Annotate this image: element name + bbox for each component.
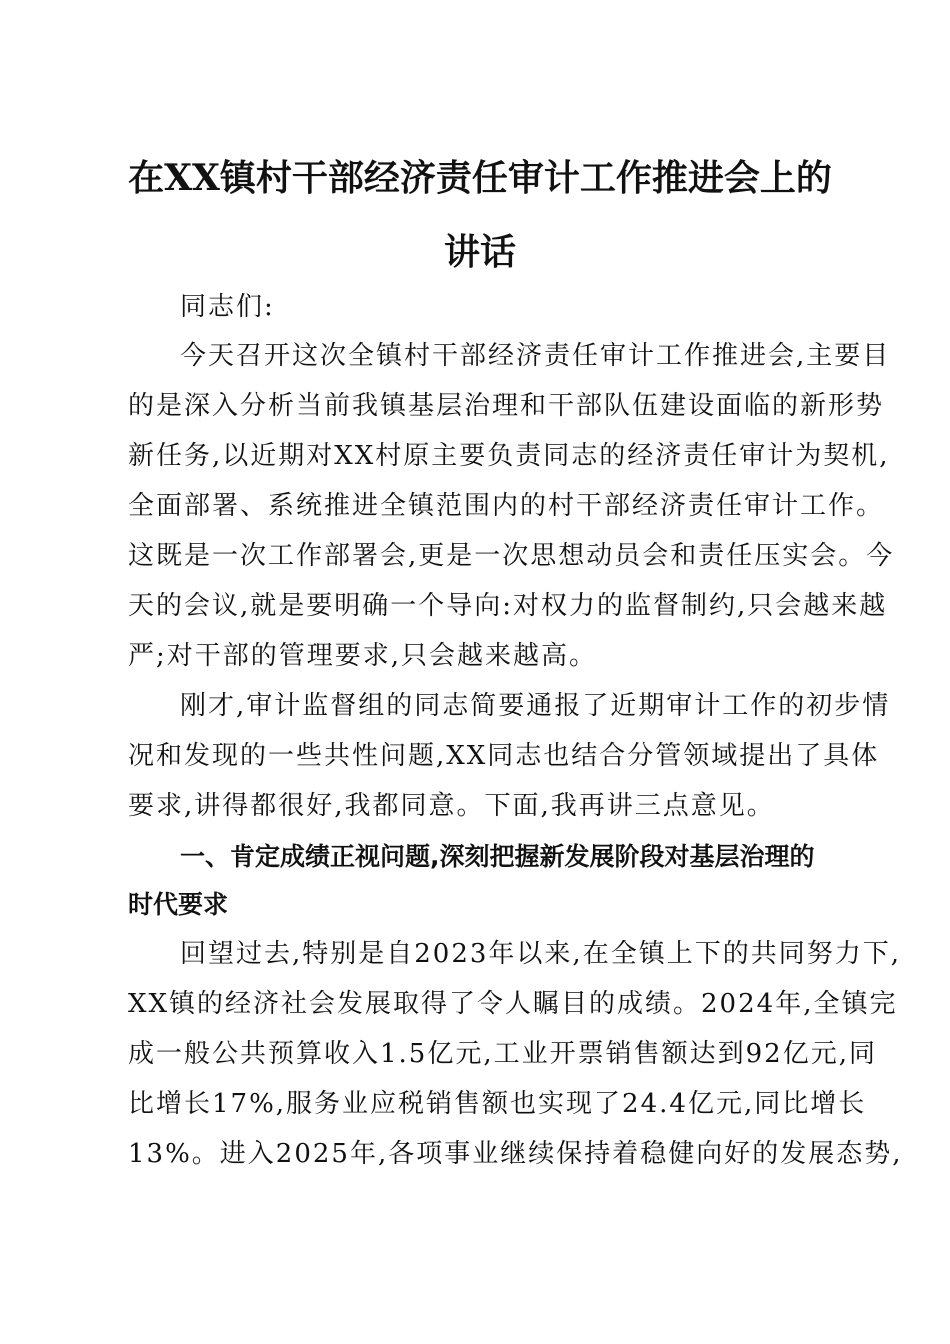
paragraph-2-line-2: 况和发现的一些共性问题,XX同志也结合分管领域提出了具体 — [128, 739, 840, 773]
paragraph-1-line-1: 今天召开这次全镇村干部经济责任审计工作推进会,主要目 — [180, 339, 840, 373]
paragraph-3-line-5: 13%。进入2025年,各项事业继续保持着稳健向好的发展态势, — [128, 1137, 840, 1171]
paragraph-2-line-3: 要求,讲得都很好,我都同意。下面,我再讲三点意见。 — [128, 789, 840, 823]
paragraph-3-line-4: 比增长17%,服务业应税销售额也实现了24.4亿元,同比增长 — [128, 1087, 840, 1121]
paragraph-1-line-4: 全面部署、系统推进全镇范围内的村干部经济责任审计工作。 — [128, 489, 840, 523]
document-page: 在XX镇村干部经济责任审计工作推进会上的 讲话 同志们: 今天召开这次全镇村干部… — [0, 0, 950, 1344]
paragraph-1-line-3: 新任务,以近期对XX村原主要负责同志的经济责任审计为契机, — [128, 439, 840, 473]
salutation: 同志们: — [180, 290, 840, 324]
section-heading-1-line-2: 时代要求 — [128, 888, 840, 922]
document-title-line-1: 在XX镇村干部经济责任审计工作推进会上的 — [120, 158, 840, 198]
paragraph-3-line-3: 成一般公共预算收入1.5亿元,工业开票销售额达到92亿元,同 — [128, 1037, 840, 1071]
paragraph-3-line-2: XX镇的经济社会发展取得了令人瞩目的成绩。2024年,全镇完 — [128, 987, 840, 1021]
paragraph-1-line-6: 天的会议,就是要明确一个导向:对权力的监督制约,只会越来越 — [128, 589, 840, 623]
paragraph-3-line-1: 回望过去,特别是自2023年以来,在全镇上下的共同努力下, — [180, 937, 840, 971]
section-heading-1-line-1: 一、肯定成绩正视问题,深刻把握新发展阶段对基层治理的 — [180, 840, 840, 874]
paragraph-2-line-1: 刚才,审计监督组的同志简要通报了近期审计工作的初步情 — [180, 689, 840, 723]
paragraph-1-line-7: 严;对干部的管理要求,只会越来越高。 — [128, 639, 840, 673]
paragraph-1-line-5: 这既是一次工作部署会,更是一次思想动员会和责任压实会。今 — [128, 539, 840, 573]
document-title-line-2: 讲话 — [120, 232, 840, 272]
paragraph-1-line-2: 的是深入分析当前我镇基层治理和干部队伍建设面临的新形势 — [128, 389, 840, 423]
